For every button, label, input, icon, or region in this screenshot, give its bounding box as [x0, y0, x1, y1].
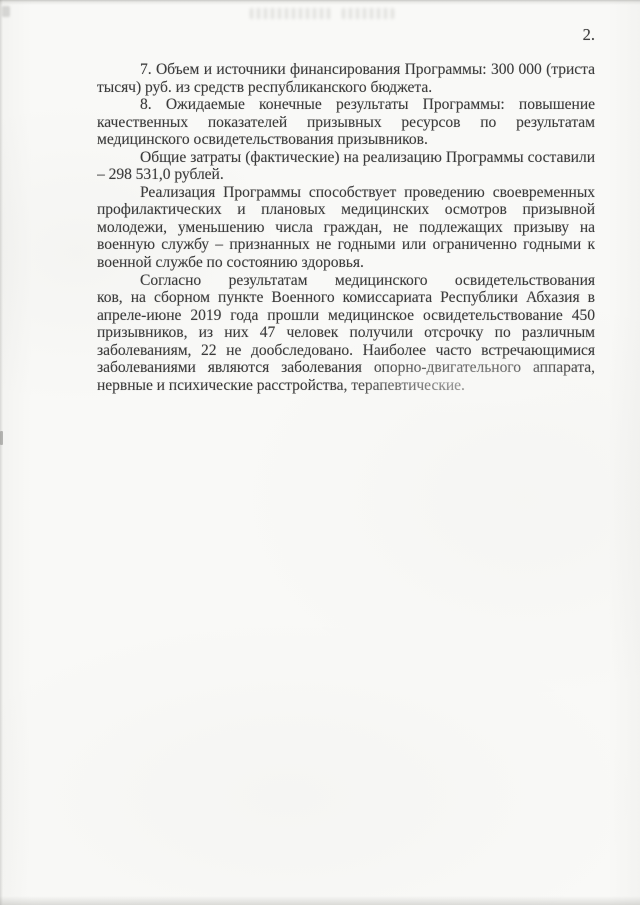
text-line: заболеваниям, 22 не дообследовано. Наибо… — [97, 342, 595, 360]
text-line: 8. Ожидаемые конечные результаты Програм… — [97, 96, 595, 114]
paragraph: Реализация Программы способствует провед… — [97, 184, 595, 272]
bottom-scan-edge-shadow — [0, 896, 640, 905]
text-line: медицинского освидетельствования призывн… — [97, 131, 595, 149]
bleedthrough-mark — [250, 8, 334, 19]
left-scan-edge-shadow — [0, 0, 3, 905]
text-line: молодежи, уменьшению числа граждан, не п… — [97, 219, 595, 237]
text-line: военной службе по состоянию здоровья. — [97, 254, 595, 272]
text-line: апреле-июне 2019 года прошли медицинское… — [97, 307, 595, 325]
paragraph: Общие затраты (фактические) на реализаци… — [97, 149, 595, 184]
text-line: Общие затраты (фактические) на реализаци… — [97, 149, 595, 167]
paragraph: Согласно результатам медицинского освиде… — [97, 272, 595, 395]
bleedthrough-mark — [342, 8, 394, 19]
text-line: профилактических и плановых медицинских … — [97, 201, 595, 219]
paragraph: 7. Объем и источники финансирования Прог… — [97, 61, 595, 96]
left-edge-ink-mark — [0, 431, 3, 445]
text-line: призывников, из них 47 человек получили … — [97, 324, 595, 342]
top-scan-edge-artifact — [0, 0, 640, 5]
text-line: Согласно результатам медицинского освиде… — [97, 272, 595, 290]
text-line: 7. Объем и источники финансирования Прог… — [97, 61, 595, 79]
text-line: ков, на сборном пункте Военного комиссар… — [97, 289, 595, 307]
text-line: заболеваниями являются заболевания опорн… — [97, 359, 595, 377]
text-line: качественных показателей призывных ресур… — [97, 114, 595, 132]
scanned-document-page: 2. 7. Объем и источники финансирования П… — [0, 0, 640, 905]
page-number: 2. — [583, 25, 595, 45]
text-block: 7. Объем и источники финансирования Прог… — [97, 61, 595, 394]
text-line: Реализация Программы способствует провед… — [97, 184, 595, 202]
corner-speck-artifact — [2, 6, 10, 17]
text-line: военную службу – признанных не годными и… — [97, 236, 595, 254]
text-line: нервные и психические расстройства, тера… — [97, 377, 595, 395]
text-line: тысяч) руб. из средств республиканского … — [97, 79, 595, 97]
text-line: – 298 531,0 рублей. — [97, 166, 595, 184]
paragraph: 8. Ожидаемые конечные результаты Програм… — [97, 96, 595, 149]
